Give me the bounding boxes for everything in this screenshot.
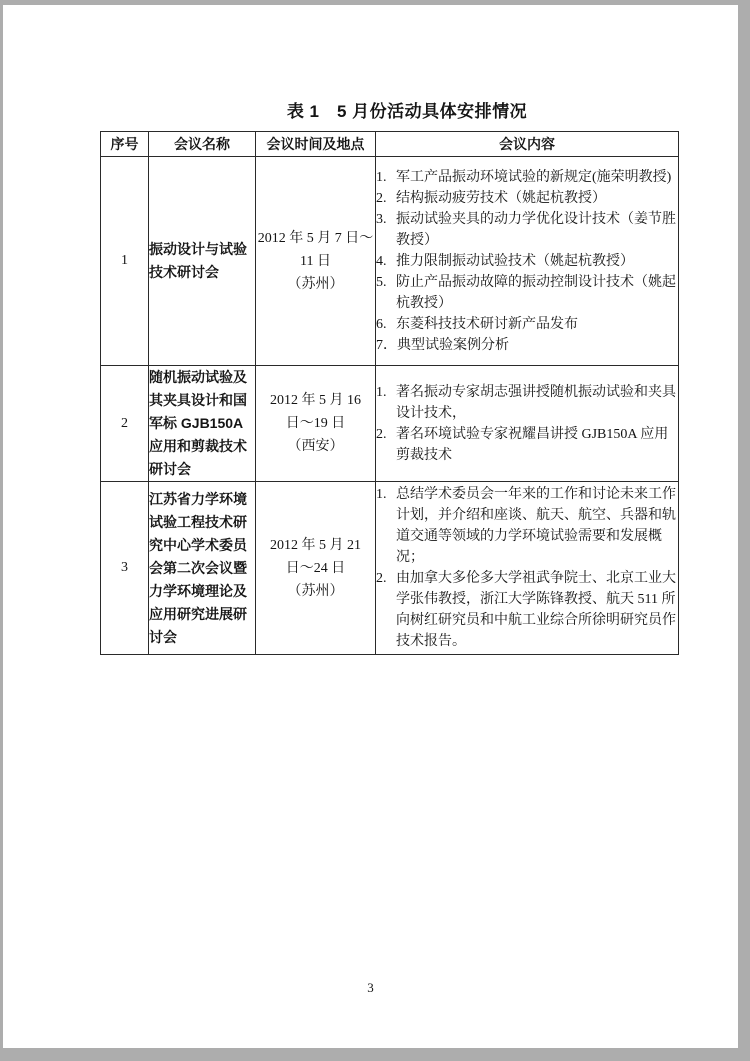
- meeting-name: 江苏省力学环境试验工程技术研究中心学术委员会第二次会议暨力学环境理论及应用研究进…: [149, 491, 247, 645]
- agenda-item-number: 1.: [376, 167, 396, 188]
- page-number: 3: [3, 980, 738, 996]
- agenda-item-number: 2.: [376, 424, 396, 445]
- agenda-item-text: 军工产品振动环境试验的新规定(施荣明教授): [396, 167, 678, 188]
- agenda-item-text: 东菱科技技术研讨新产品发布: [396, 314, 678, 335]
- time-line: 2012 年 5 月 16: [256, 389, 375, 412]
- time-line: 11 日: [256, 250, 375, 273]
- agenda-item: 4.推力限制振动试验技术（姚起杭教授）: [376, 251, 678, 272]
- meeting-name-cell: 江苏省力学环境试验工程技术研究中心学术委员会第二次会议暨力学环境理论及应用研究进…: [149, 482, 256, 655]
- time-line: 2012 年 5 月 7 日～: [256, 227, 375, 250]
- agenda-item: 1.著名振动专家胡志强讲授随机振动试验和夹具设计技术，: [376, 382, 678, 424]
- agenda-item-number: 1.: [376, 382, 396, 403]
- table-row: 2 随机振动试验及其夹具设计和国军标 GJB150A 应用和剪裁技术研讨会 20…: [101, 366, 679, 482]
- agenda-item: 2.结构振动疲劳技术（姚起杭教授）: [376, 188, 678, 209]
- row-index: 1: [101, 157, 149, 366]
- agenda-item: 1.总结学术委员会一年来的工作和讨论未来工作计划，并介绍和座谈、航天、航空、兵器…: [376, 484, 678, 568]
- agenda-item: 6.东菱科技技术研讨新产品发布: [376, 314, 678, 335]
- activities-table: 序号 会议名称 会议时间及地点 会议内容 1 振动设计与试验技术研讨会 2012…: [100, 131, 679, 655]
- agenda-item-text: 由加拿大多伦多大学祖武争院士、北京工业大学张伟教授，浙江大学陈锋教授、航天 51…: [396, 568, 678, 652]
- agenda-item: 5.防止产品振动故障的振动控制设计技术（姚起杭教授）: [376, 272, 678, 314]
- meeting-time-cell: 2012 年 5 月 16 日～19 日 （西安）: [256, 366, 376, 482]
- meeting-time-cell: 2012 年 5 月 21 日～24 日 （苏州）: [256, 482, 376, 655]
- agenda-item-text: 典型试验案例分析: [397, 335, 678, 356]
- agenda-item-number: 2.: [376, 188, 396, 209]
- agenda-item-text: 防止产品振动故障的振动控制设计技术（姚起杭教授）: [396, 272, 678, 314]
- agenda-item-number: 2.: [376, 568, 396, 589]
- meeting-name: 随机振动试验及其夹具设计和国军标 GJB150A 应用和剪裁技术研讨会: [149, 369, 247, 477]
- time-line: 2012 年 5 月 21: [256, 534, 375, 557]
- meeting-content-cell: 1.总结学术委员会一年来的工作和讨论未来工作计划，并介绍和座谈、航天、航空、兵器…: [376, 482, 679, 655]
- col-header-time-place: 会议时间及地点: [256, 132, 376, 157]
- document-title: 表 1 5 月份活动具体安排情况: [118, 97, 696, 122]
- meeting-name-cell: 随机振动试验及其夹具设计和国军标 GJB150A 应用和剪裁技术研讨会: [149, 366, 256, 482]
- agenda-item-number: 1.: [376, 484, 396, 505]
- time-line: （苏州）: [256, 580, 375, 603]
- agenda-item: 7．典型试验案例分析: [376, 335, 678, 356]
- col-header-content: 会议内容: [376, 132, 679, 157]
- table-row: 3 江苏省力学环境试验工程技术研究中心学术委员会第二次会议暨力学环境理论及应用研…: [101, 482, 679, 655]
- agenda-item-number: 7．: [376, 335, 397, 356]
- col-header-index: 序号: [101, 132, 149, 157]
- agenda-item-text: 总结学术委员会一年来的工作和讨论未来工作计划，并介绍和座谈、航天、航空、兵器和轨…: [396, 484, 678, 568]
- meeting-content-cell: 1.军工产品振动环境试验的新规定(施荣明教授) 2.结构振动疲劳技术（姚起杭教授…: [376, 157, 679, 366]
- activities-table-container: 序号 会议名称 会议时间及地点 会议内容 1 振动设计与试验技术研讨会 2012…: [100, 131, 679, 655]
- meeting-time-cell: 2012 年 5 月 7 日～ 11 日 （苏州）: [256, 157, 376, 366]
- agenda-item-text: 振动试验夹具的动力学优化设计技术（姜节胜教授）: [396, 209, 678, 251]
- agenda-item-text: 结构振动疲劳技术（姚起杭教授）: [396, 188, 678, 209]
- table-header-row: 序号 会议名称 会议时间及地点 会议内容: [101, 132, 679, 157]
- table-row: 1 振动设计与试验技术研讨会 2012 年 5 月 7 日～ 11 日 （苏州）…: [101, 157, 679, 366]
- agenda-item-number: 6.: [376, 314, 396, 335]
- agenda-item: 2.由加拿大多伦多大学祖武争院士、北京工业大学张伟教授，浙江大学陈锋教授、航天 …: [376, 568, 678, 652]
- meeting-name: 振动设计与试验技术研讨会: [149, 241, 247, 280]
- row-index: 3: [101, 482, 149, 655]
- agenda-item-text: 推力限制振动试验技术（姚起杭教授）: [396, 251, 678, 272]
- agenda-item-number: 3.: [376, 209, 396, 230]
- agenda-item-number: 5.: [376, 272, 396, 293]
- row-index: 2: [101, 366, 149, 482]
- time-line: （西安）: [256, 435, 375, 458]
- agenda-item-number: 4.: [376, 251, 396, 272]
- agenda-item-text: 著名环境试验专家祝耀昌讲授 GJB150A 应用剪裁技术: [396, 424, 678, 466]
- col-header-meeting-name: 会议名称: [149, 132, 256, 157]
- time-line: （苏州）: [256, 273, 375, 296]
- agenda-item: 1.军工产品振动环境试验的新规定(施荣明教授): [376, 167, 678, 188]
- meeting-name-cell: 振动设计与试验技术研讨会: [149, 157, 256, 366]
- agenda-item: 3.振动试验夹具的动力学优化设计技术（姜节胜教授）: [376, 209, 678, 251]
- scanned-page: 表 1 5 月份活动具体安排情况 序号 会议名称 会议时间及地点 会议内容 1 …: [3, 5, 738, 1048]
- meeting-content-cell: 1.著名振动专家胡志强讲授随机振动试验和夹具设计技术， 2.著名环境试验专家祝耀…: [376, 366, 679, 482]
- agenda-item: 2.著名环境试验专家祝耀昌讲授 GJB150A 应用剪裁技术: [376, 424, 678, 466]
- time-line: 日～19 日: [256, 412, 375, 435]
- agenda-item-text: 著名振动专家胡志强讲授随机振动试验和夹具设计技术，: [396, 382, 678, 424]
- time-line: 日～24 日: [256, 557, 375, 580]
